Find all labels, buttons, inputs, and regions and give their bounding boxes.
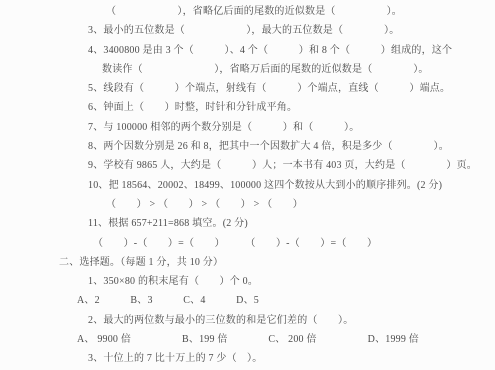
section-2-header: 二、选择题。（每题 1 分，共 10 分）: [59, 253, 495, 272]
q9-line: 9、学校有 9865 人，大约是（ ）人；一本书有 403 页，大约是（ ）页。: [88, 156, 495, 175]
q11-answer-blanks-line: （ ）-（ ）=（ ） （ ）-（ ）=（ ）: [93, 234, 495, 253]
choice-q2-options-line: A、 9900 倍 B、199 倍 C、 200 倍 D、1999 倍: [77, 330, 495, 349]
q4-continuation-line: 数读作（ ），省略万后面的尾数的近似数是（ ）。: [102, 60, 495, 79]
choice-q1-options-line: A、2 B、3 C、4 D、5: [77, 291, 495, 310]
choice-q3-line: 3、十位上的 7 比十万上的 7 少（ ）。: [88, 349, 495, 368]
exam-paper-page: （ ），省略亿后面的尾数的近似数是（ ）。 3、最小的五位数是（ ），最大的五位…: [0, 0, 495, 370]
q7-line: 7、与 100000 相邻的两个数分别是（ ）和（ ）。: [88, 118, 495, 137]
choice-q1-line: 1、350×80 的积末尾有（ ）个 0。: [88, 272, 495, 291]
choice-q2-line: 2、最大的两位数与最小的三位数的和是它们差的（ ）。: [88, 311, 495, 330]
q2-continuation-line: （ ），省略亿后面的尾数的近似数是（ ）。: [106, 2, 495, 21]
q10-answer-blanks-line: （ ） > （ ） > （ ） > （ ）: [106, 195, 495, 214]
q3-line: 3、最小的五位数是（ ），最大的五位数是（ ）。: [88, 21, 495, 40]
q10-line: 10、把 18564、20002、18499、100000 这四个数按从大到小的…: [88, 176, 495, 195]
q11-line: 11、根据 657+211=868 填空。(2 分): [88, 214, 495, 233]
q8-line: 8、两个因数分别是 26 和 8，把其中一个因数扩大 4 倍，积是多少（ ）。: [88, 137, 495, 156]
q4-line: 4、3400800 是由 3 个（ ）、4 个（ ）和 8 个（ ）组成的，这个: [88, 41, 495, 60]
q5-line: 5、线段有（ ）个端点，射线有（ ）个端点，直线（ ）端点。: [88, 79, 495, 98]
q6-line: 6、钟面上（ ）时整，时针和分针成平角。: [88, 98, 495, 117]
